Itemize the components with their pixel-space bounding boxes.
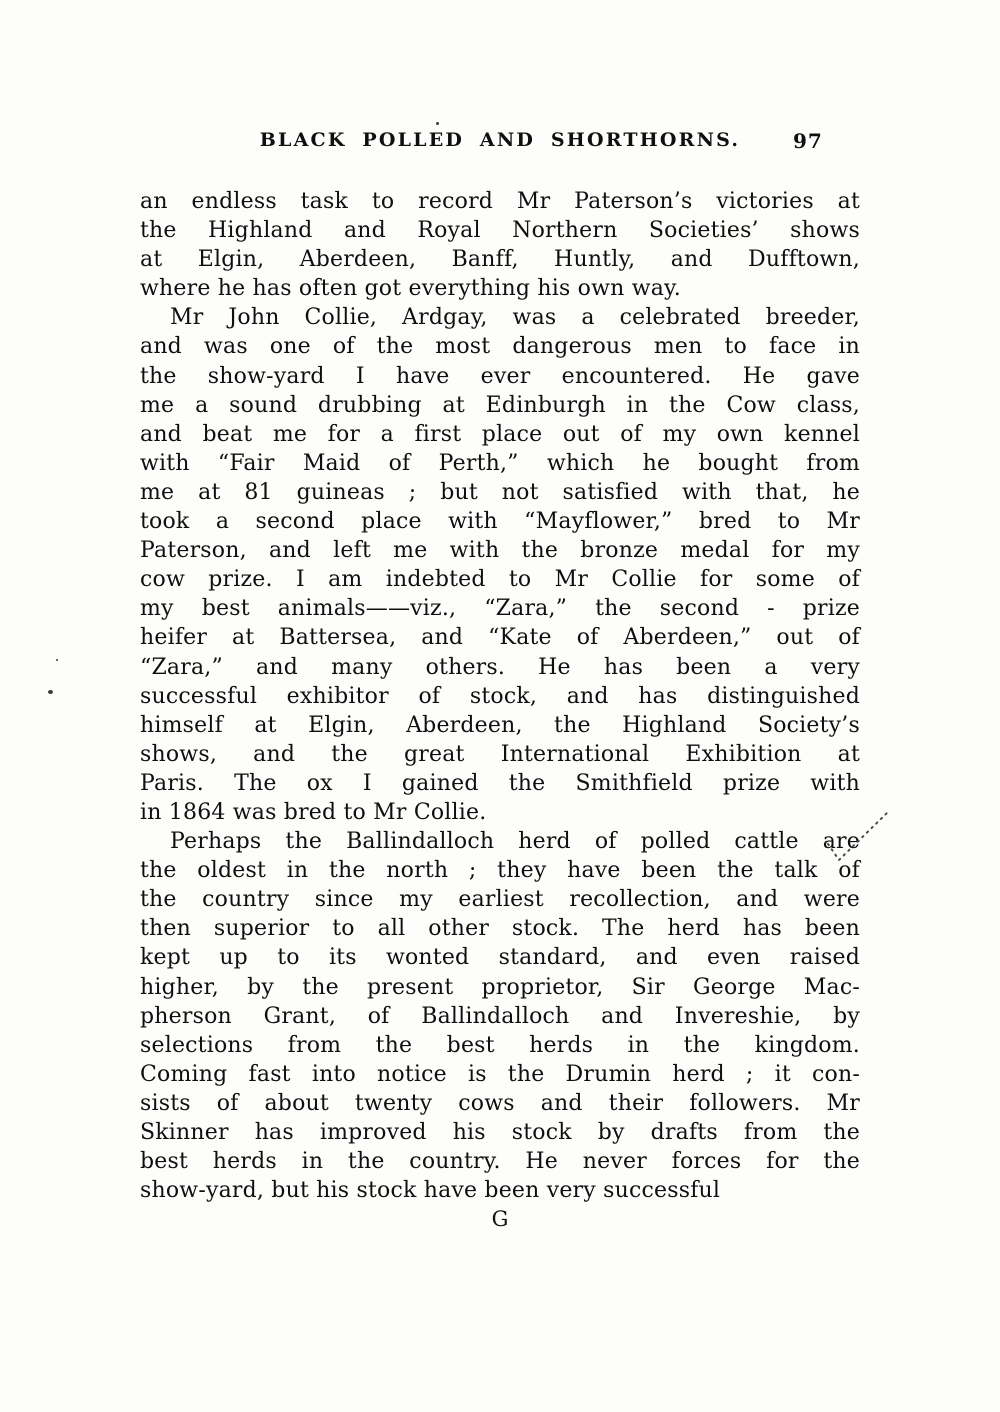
text-line: himself at Elgin, Aberdeen, the Highland…: [140, 711, 860, 740]
text-line: an endless task to record Mr Paterson’s …: [140, 187, 860, 216]
text-line: took a second place with “Mayflower,” br…: [140, 507, 860, 536]
paragraph: Perhaps the Ballindalloch herd of polled…: [140, 827, 860, 1205]
text-line: “Zara,” and many others. He has been a v…: [140, 653, 860, 682]
text-line: the Highland and Royal Northern Societie…: [140, 216, 860, 245]
text-line: kept up to its wonted standard, and even…: [140, 943, 860, 972]
scan-speck: [436, 122, 439, 125]
text-line: best herds in the country. He never forc…: [140, 1147, 860, 1176]
scan-speck: [48, 690, 53, 694]
text-line: pherson Grant, of Ballindalloch and Inve…: [140, 1002, 860, 1031]
text-line: higher, by the present proprietor, Sir G…: [140, 973, 860, 1002]
text-line: Paris. The ox I gained the Smithfield pr…: [140, 769, 860, 798]
text-line: sists of about twenty cows and their fol…: [140, 1089, 860, 1118]
body-text: an endless task to record Mr Paterson’s …: [140, 187, 860, 1205]
running-head: BLACK POLLED AND SHORTHORNS.: [140, 129, 860, 151]
text-line: then superior to all other stock. The he…: [140, 914, 860, 943]
text-line: in 1864 was bred to Mr Collie.: [140, 798, 860, 827]
scan-speck: [56, 659, 58, 661]
text-line: me at 81 guineas ; but not satisfied wit…: [140, 478, 860, 507]
signature-line: G: [140, 1205, 860, 1233]
pencil-check-mark: [820, 798, 900, 870]
text-line: at Elgin, Aberdeen, Banff, Huntly, and D…: [140, 245, 860, 274]
paragraph: an endless task to record Mr Paterson’s …: [140, 187, 860, 303]
text-line: shows, and the great International Exhib…: [140, 740, 860, 769]
text-line: my best animals——viz., “Zara,” the secon…: [140, 594, 860, 623]
text-line: Coming fast into notice is the Drumin he…: [140, 1060, 860, 1089]
paragraph: Mr John Collie, Ardgay, was a celebrated…: [140, 303, 860, 827]
text-line: and was one of the most dangerous men to…: [140, 332, 860, 361]
text-line: Perhaps the Ballindalloch herd of polled…: [140, 827, 860, 856]
text-line: where he has often got everything his ow…: [140, 274, 860, 303]
text-line: the country since my earliest recollecti…: [140, 885, 860, 914]
text-line: successful exhibitor of stock, and has d…: [140, 682, 860, 711]
text-line: heifer at Battersea, and “Kate of Aberde…: [140, 623, 860, 652]
text-line: Skinner has improved his stock by drafts…: [140, 1118, 860, 1147]
text-line: me a sound drubbing at Edinburgh in the …: [140, 391, 860, 420]
running-head-title: BLACK POLLED AND SHORTHORNS.: [260, 129, 740, 151]
text-line: selections from the best herds in the ki…: [140, 1031, 860, 1060]
text-line: Mr John Collie, Ardgay, was a celebrated…: [140, 303, 860, 332]
text-line: the show-yard I have ever encountered. H…: [140, 362, 860, 391]
text-line: with “Fair Maid of Perth,” which he boug…: [140, 449, 860, 478]
book-page: BLACK POLLED AND SHORTHORNS. 97 an endle…: [0, 0, 1000, 1412]
text-line: cow prize. I am indebted to Mr Collie fo…: [140, 565, 860, 594]
text-line: Paterson, and left me with the bronze me…: [140, 536, 860, 565]
signature-mark: G: [492, 1207, 509, 1231]
text-line: show-yard, but his stock have been very …: [140, 1176, 860, 1205]
page-number: 97: [793, 129, 823, 153]
text-line: the oldest in the north ; they have been…: [140, 856, 860, 885]
text-line: and beat me for a first place out of my …: [140, 420, 860, 449]
